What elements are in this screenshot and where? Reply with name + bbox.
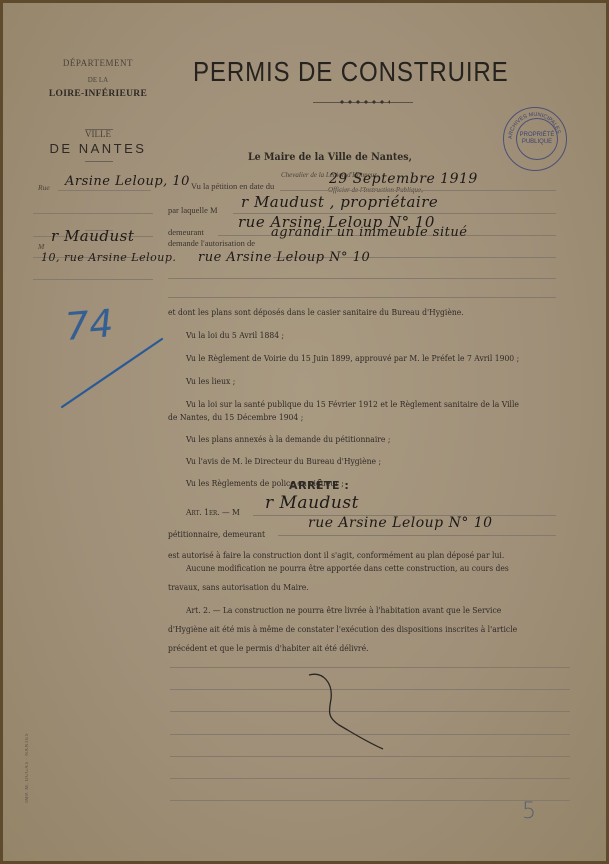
rue-value: Arsine Leloup, 10 xyxy=(65,174,190,189)
art2-text-cont: d'Hygiène ait été mis à même de constate… xyxy=(168,624,517,634)
art2-text: Art. 2. — La construction ne pourra être… xyxy=(186,605,501,615)
demande-value: agrandir un immeuble situé xyxy=(271,225,467,240)
petitionnaire-value: rue Arsine Leloup N° 10 xyxy=(308,515,493,531)
petition-label: Vu la pétition en date du xyxy=(191,181,274,191)
vu-sante-publique: Vu la loi sur la santé publique du 15 Fé… xyxy=(186,399,519,409)
de-nantes-label: DE NANTES xyxy=(28,141,168,156)
m-address: 10, rue Arsine Leloup. xyxy=(41,251,176,264)
vu-plans-annexes: Vu les plans annexés à la demande du pét… xyxy=(186,434,390,444)
vu-avis-directeur: Vu l'avis de M. le Directeur du Bureau d… xyxy=(186,456,381,466)
m-value: r Maudust xyxy=(51,227,134,245)
par-laquelle-value: r Maudust , propriétaire xyxy=(241,193,438,211)
vu-sante-publique-cont: de Nantes, du 15 Décembre 1904 ; xyxy=(168,412,303,422)
stamp-line2: PUBLIQUE xyxy=(517,139,557,146)
vu-loi-1884: Vu la loi du 5 Avril 1884 ; xyxy=(186,330,284,340)
vu-reglement-voirie: Vu le Règlement de Voirie du 15 Juin 189… xyxy=(186,353,519,363)
plans-text: et dont les plans sont déposés dans le c… xyxy=(168,307,464,317)
demeurant-label: demeurant xyxy=(168,227,204,237)
printer-imprint: IMP. M. DUGAS · NANTES xyxy=(25,733,30,803)
demande-value-2: rue Arsine Leloup N° 10 xyxy=(198,250,370,265)
rue-label: Rue xyxy=(38,183,50,192)
vu-lieux: Vu les lieux ; xyxy=(186,376,235,386)
aucune-modification-text: Aucune modification ne pourra être appor… xyxy=(186,563,509,573)
divider xyxy=(85,161,113,162)
stamp-line1: PROPRIÉTÉ xyxy=(517,132,557,139)
permit-document: DÉPARTEMENT DE LA LOIRE-INFÉRIEURE VILLE… xyxy=(3,3,606,861)
ville-label: VILLE xyxy=(28,129,168,139)
stamp-center: PROPRIÉTÉ PUBLIQUE xyxy=(516,118,558,160)
loire-inferieure-label: LOIRE-INFÉRIEURE xyxy=(28,89,168,99)
aucune-modification-cont: travaux, sans autorisation du Maire. xyxy=(168,582,309,592)
petition-date: 29 Septembre 1919 xyxy=(329,171,478,187)
pen-flourish-icon xyxy=(303,671,393,751)
page-number: 5 xyxy=(522,799,536,824)
departement-label: DÉPARTEMENT xyxy=(28,58,168,68)
m-label: M xyxy=(38,242,44,251)
art1-value: r Maudust xyxy=(265,493,359,513)
petitionnaire-label: pétitionnaire, demeurant xyxy=(168,529,265,539)
title-ornament-flourish xyxy=(338,100,390,104)
de-la-label: DE LA xyxy=(28,76,168,84)
maire-heading: Le Maire de la Ville de Nantes, xyxy=(248,152,412,163)
page-title: PERMIS DE CONSTRUIRE xyxy=(193,56,509,88)
blue-pencil-stroke-icon xyxy=(58,333,168,413)
arrete-heading: ARRÊTE : xyxy=(289,479,349,492)
par-laquelle-label: par laquelle M xyxy=(168,205,218,215)
art1-label: Art. 1er. — M xyxy=(186,507,240,517)
demande-label: demande l'autorisation de xyxy=(168,238,255,248)
autorise-text: est autorisé à faire la construction don… xyxy=(168,550,504,560)
art2-text-end: précédent et que le permis d'habiter ait… xyxy=(168,643,369,653)
